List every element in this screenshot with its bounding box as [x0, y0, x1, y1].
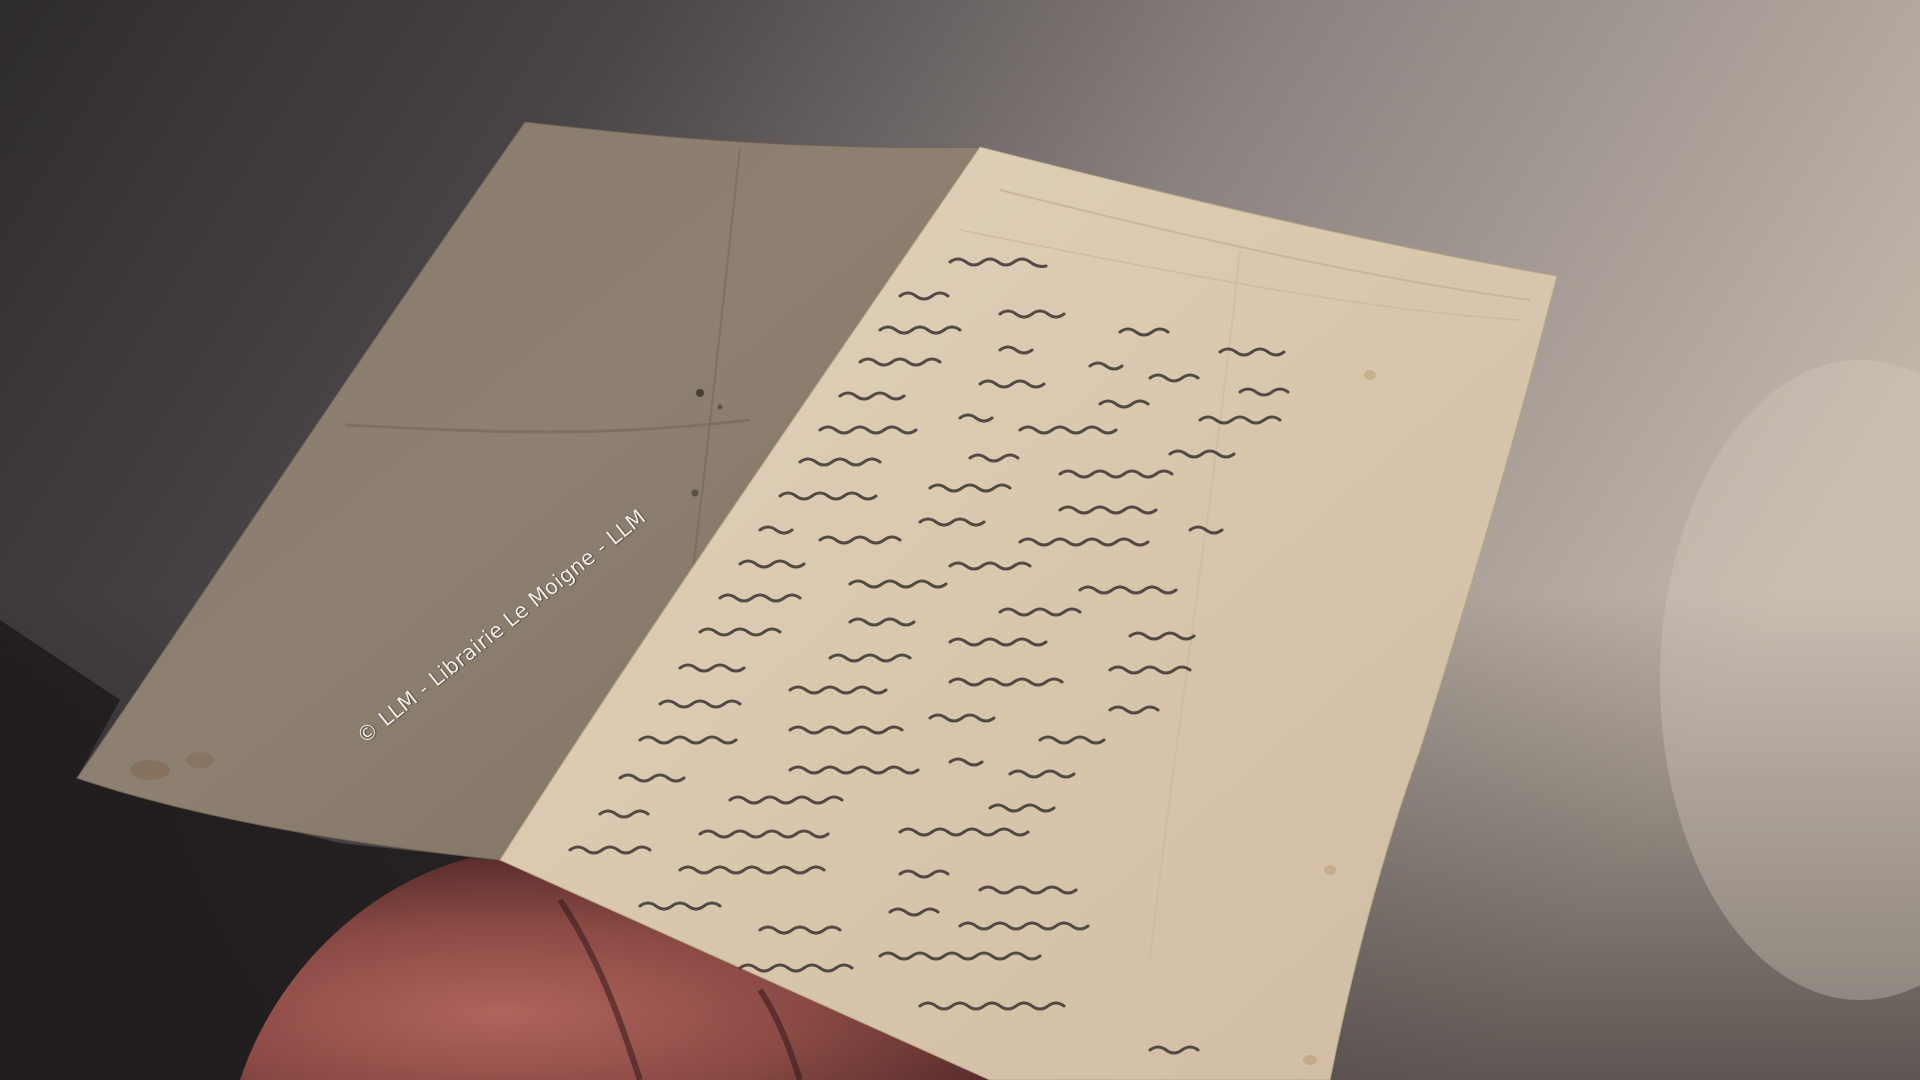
- photo-canvas: [0, 0, 1920, 1080]
- photo-scene: © LLM - Librairie Le Moigne - LLM: [0, 0, 1920, 1080]
